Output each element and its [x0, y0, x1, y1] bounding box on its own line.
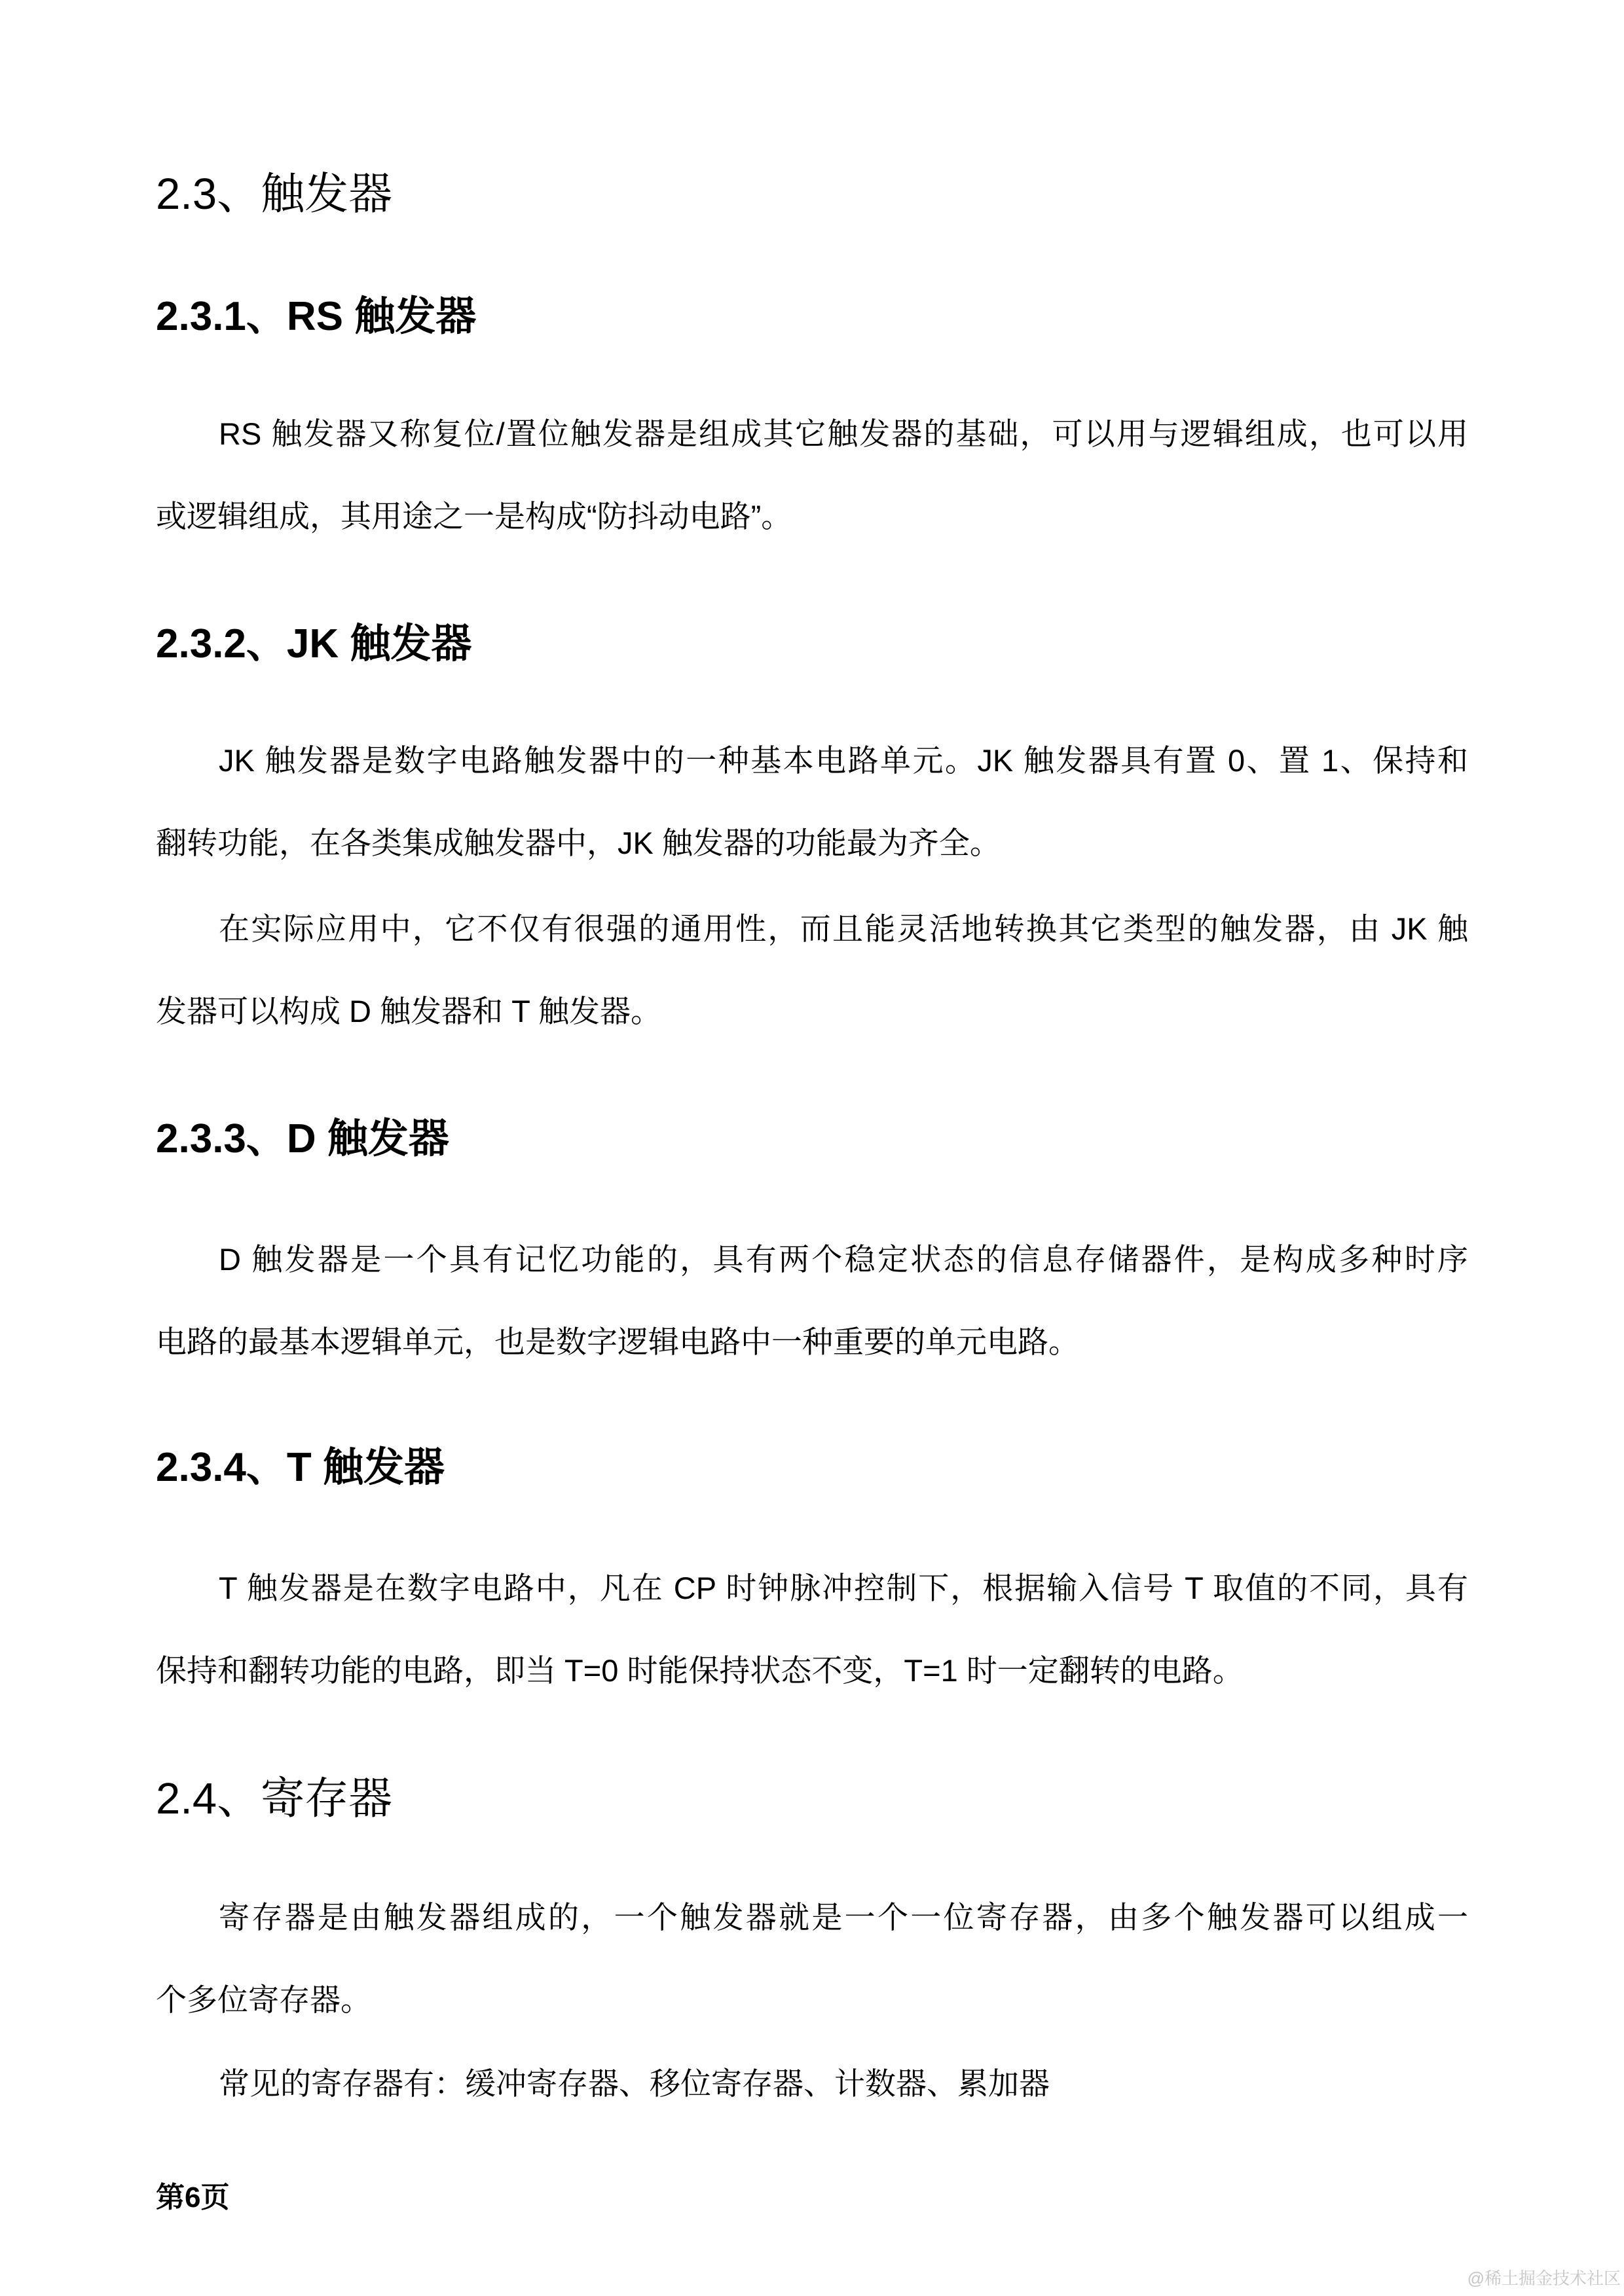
paragraph-line: D 触发器是一个具有记忆功能的，具有两个稳定状态的信息存储器件，是构成多种时序	[156, 1218, 1468, 1301]
paragraph-line: 电路的最基本逻辑单元，也是数字逻辑电路中一种重要的单元电路。	[156, 1301, 1468, 1383]
paragraph-line: 在实际应用中，它不仅有很强的通用性，而且能灵活地转换其它类型的触发器，由 JK …	[156, 888, 1468, 970]
paragraph-jk-1: JK 触发器是数字电路触发器中的一种基本电路单元。JK 触发器具有置 0、置 1…	[156, 720, 1468, 884]
paragraph-line: 发器可以构成 D 触发器和 T 触发器。	[156, 970, 1468, 1053]
paragraph-line: T 触发器是在数字电路中，凡在 CP 时钟脉冲控制下，根据输入信号 T 取值的不…	[156, 1547, 1468, 1630]
heading-2-3-2-jk-flip-flop: 2.3.2、JK 触发器	[156, 622, 471, 666]
heading-2-3-4-t-flip-flop: 2.3.4、T 触发器	[156, 1446, 445, 1490]
paragraph-line: 保持和翻转功能的电路，即当 T=0 时能保持状态不变，T=1 时一定翻转的电路。	[156, 1630, 1468, 1712]
paragraph-rs: RS 触发器又称复位/置位触发器是组成其它触发器的基础，可以用与逻辑组成，也可以…	[156, 393, 1468, 558]
heading-2-3-1-rs-flip-flop: 2.3.1、RS 触发器	[156, 295, 476, 339]
paragraph-line: 寄存器是由触发器组成的，一个触发器就是一个一位寄存器，由多个触发器可以组成一	[156, 1876, 1468, 1959]
paragraph-line: RS 触发器又称复位/置位触发器是组成其它触发器的基础，可以用与逻辑组成，也可以…	[156, 393, 1468, 475]
paragraph-line: 个多位寄存器。	[156, 1959, 1468, 2041]
heading-2-4-registers: 2.4、寄存器	[156, 1775, 392, 1823]
heading-2-3-3-d-flip-flop: 2.3.3、D 触发器	[156, 1117, 449, 1161]
heading-2-3-flip-flops: 2.3、触发器	[156, 170, 392, 219]
watermark-text: @稀土掘金技术社区	[1467, 2269, 1621, 2289]
paragraph-jk-2: 在实际应用中，它不仅有很强的通用性，而且能灵活地转换其它类型的触发器，由 JK …	[156, 888, 1468, 1053]
paragraph-d: D 触发器是一个具有记忆功能的，具有两个稳定状态的信息存储器件，是构成多种时序 …	[156, 1218, 1468, 1383]
paragraph-register-types: 常见的寄存器有：缓冲寄存器、移位寄存器、计数器、累加器	[156, 2043, 1468, 2125]
paragraph-line: 翻转功能，在各类集成触发器中，JK 触发器的功能最为齐全。	[156, 802, 1468, 884]
paragraph-line: 常见的寄存器有：缓冲寄存器、移位寄存器、计数器、累加器	[156, 2043, 1468, 2125]
document-page: 2.3、触发器 2.3.1、RS 触发器 RS 触发器又称复位/置位触发器是组成…	[0, 0, 1624, 2296]
page-number: 第6页	[156, 2182, 229, 2214]
paragraph-t: T 触发器是在数字电路中，凡在 CP 时钟脉冲控制下，根据输入信号 T 取值的不…	[156, 1547, 1468, 1712]
paragraph-line: 或逻辑组成，其用途之一是构成“防抖动电路”。	[156, 475, 1468, 558]
paragraph-line: JK 触发器是数字电路触发器中的一种基本电路单元。JK 触发器具有置 0、置 1…	[156, 720, 1468, 802]
paragraph-register: 寄存器是由触发器组成的，一个触发器就是一个一位寄存器，由多个触发器可以组成一 个…	[156, 1876, 1468, 2041]
